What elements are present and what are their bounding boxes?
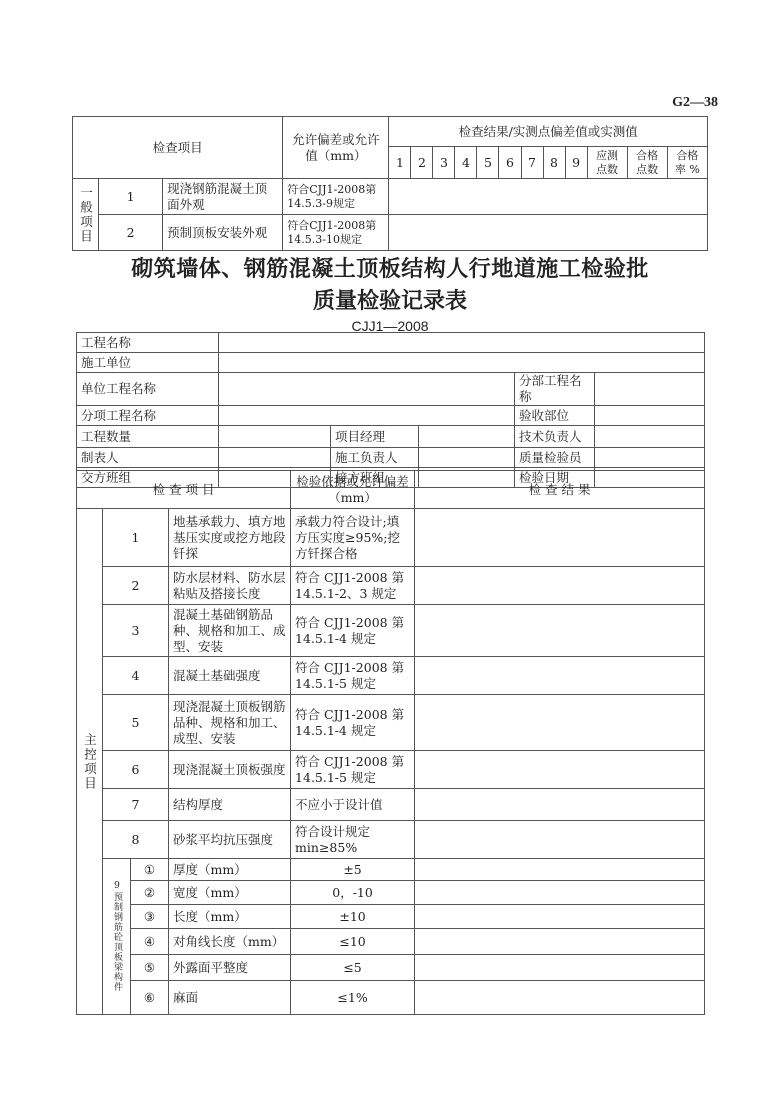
main-header-result: 检 查 结 果 <box>415 471 705 509</box>
main-row-item: 砂浆平均抗压强度 <box>169 821 291 859</box>
main-row-result[interactable] <box>415 751 705 789</box>
main-row-no: 3 <box>103 605 169 657</box>
field-quantity[interactable] <box>219 426 331 448</box>
main-row-basis: 符合 CJJ1-2008 第14.5.1-5 规定 <box>291 657 415 695</box>
main-row-basis: 符合 CJJ1-2008 第14.5.1-4 规定 <box>291 605 415 657</box>
field-subitem-project[interactable] <box>219 406 515 426</box>
label-form-maker: 制表人 <box>77 448 219 468</box>
main-row-no: 5 <box>103 695 169 751</box>
main-items-table: 检 查 项 目 检验依据或允许偏差（mm） 检 查 结 果 主控项目 1 地基承… <box>76 470 705 1015</box>
main-header-basis: 检验依据或允许偏差（mm） <box>291 471 415 509</box>
field-construction-lead[interactable] <box>419 448 515 468</box>
row-no: 2 <box>99 215 163 251</box>
label-unit-project: 单位工程名称 <box>77 373 219 406</box>
sub-row-basis: ±5 <box>291 859 415 881</box>
should-measure: 应测点数 <box>587 147 627 179</box>
main-row-item: 混凝土基础强度 <box>169 657 291 695</box>
main-group-label: 主控项目 <box>77 509 103 1015</box>
field-acceptance-part[interactable] <box>595 406 705 426</box>
sub-row-no: ⑤ <box>131 955 169 981</box>
label-project-name: 工程名称 <box>77 333 219 353</box>
main-row-result[interactable] <box>415 657 705 695</box>
header-result: 检查结果/实测点偏差值或实测值 <box>389 117 708 147</box>
sub-row-basis: ≤1% <box>291 981 415 1015</box>
general-items-table: 检查项目 允许偏差或允许值（mm） 检查结果/实测点偏差值或实测值 1 2 3 … <box>72 116 708 251</box>
sub-row-basis: ±10 <box>291 905 415 929</box>
main-row-no: 2 <box>103 567 169 605</box>
main-row-basis: 符合 CJJ1-2008 第14.5.1-4 规定 <box>291 695 415 751</box>
main-row-result[interactable] <box>415 567 705 605</box>
sub-row-item: 宽度（mm） <box>169 881 291 905</box>
field-quality-inspector[interactable] <box>595 448 705 468</box>
field-project-manager[interactable] <box>419 426 515 448</box>
sub-row-no: ① <box>131 859 169 881</box>
sub-row-no: ② <box>131 881 169 905</box>
page-code: G2—38 <box>672 95 718 111</box>
doc-title-line2: 质量检验记录表 <box>0 284 780 315</box>
sub-row-result[interactable] <box>415 905 705 929</box>
row-result[interactable] <box>389 215 708 251</box>
sub-row-item: 长度（mm） <box>169 905 291 929</box>
sub-row-no: ③ <box>131 905 169 929</box>
row-item: 预制顶板安装外观 <box>163 215 283 251</box>
general-group-label: 一般项目 <box>73 179 99 251</box>
header-item: 检查项目 <box>73 117 283 179</box>
main-row-basis: 符合 CJJ1-2008 第14.5.1-2、3 规定 <box>291 567 415 605</box>
main-row-item: 地基承载力、填方地基压实度或挖方地段钎探 <box>169 509 291 567</box>
label-division-project: 分部工程名称 <box>515 373 595 406</box>
row-standard: 符合CJJ1-2008第14.5.3-10规定 <box>283 215 389 251</box>
point-7: 7 <box>521 147 543 179</box>
sub-row-result[interactable] <box>415 955 705 981</box>
field-project-name[interactable] <box>219 333 705 353</box>
point-9: 9 <box>565 147 587 179</box>
label-acceptance-part: 验收部位 <box>515 406 595 426</box>
point-6: 6 <box>499 147 521 179</box>
sub-group-label: 9预制钢筋砼顶板梁构件 <box>103 859 131 1015</box>
main-row-result[interactable] <box>415 789 705 821</box>
main-row-basis: 符合 CJJ1-2008 第14.5.1-5 规定 <box>291 751 415 789</box>
pass-points: 合格点数 <box>627 147 667 179</box>
label-project-manager: 项目经理 <box>331 426 419 448</box>
field-unit-project[interactable] <box>219 373 515 406</box>
sub-row-no: ④ <box>131 929 169 955</box>
sub-row-item: 对角线长度（mm） <box>169 929 291 955</box>
field-tech-lead[interactable] <box>595 426 705 448</box>
main-row-no: 4 <box>103 657 169 695</box>
point-3: 3 <box>433 147 455 179</box>
point-4: 4 <box>455 147 477 179</box>
label-tech-lead: 技术负责人 <box>515 426 595 448</box>
info-table: 工程名称 施工单位 单位工程名称 分部工程名称 分项工程名称 验收部位 工程数量… <box>76 332 705 488</box>
sub-row-item: 外露面平整度 <box>169 955 291 981</box>
sub-row-result[interactable] <box>415 929 705 955</box>
point-5: 5 <box>477 147 499 179</box>
main-row-result[interactable] <box>415 509 705 567</box>
pass-rate: 合格率 % <box>667 147 707 179</box>
main-row-no: 6 <box>103 751 169 789</box>
field-construction-unit[interactable] <box>219 353 705 373</box>
row-item: 现浇钢筋混凝土顶面外观 <box>163 179 283 215</box>
label-quality-inspector: 质量检验员 <box>515 448 595 468</box>
sub-row-result[interactable] <box>415 881 705 905</box>
row-standard: 符合CJJ1-2008第14.5.3-9规定 <box>283 179 389 215</box>
point-8: 8 <box>543 147 565 179</box>
label-subitem-project: 分项工程名称 <box>77 406 219 426</box>
sub-row-basis: 0，-10 <box>291 881 415 905</box>
main-row-basis: 承载力符合设计;填方压实度≥95%;挖方钎探合格 <box>291 509 415 567</box>
point-1: 1 <box>389 147 411 179</box>
main-row-item: 结构厚度 <box>169 789 291 821</box>
main-row-item: 现浇混凝土顶板钢筋品种、规格和加工、成型、安装 <box>169 695 291 751</box>
main-row-item: 现浇混凝土顶板强度 <box>169 751 291 789</box>
main-row-no: 7 <box>103 789 169 821</box>
label-quantity: 工程数量 <box>77 426 219 448</box>
sub-row-item: 厚度（mm） <box>169 859 291 881</box>
main-row-item: 混凝土基础钢筋品种、规格和加工、成型、安装 <box>169 605 291 657</box>
sub-row-item: 麻面 <box>169 981 291 1015</box>
header-allowance: 允许偏差或允许值（mm） <box>283 117 389 179</box>
label-construction-lead: 施工负责人 <box>331 448 419 468</box>
sub-row-basis: ≤10 <box>291 929 415 955</box>
sub-row-no: ⑥ <box>131 981 169 1015</box>
main-header-item: 检 查 项 目 <box>77 471 291 509</box>
sub-row-result[interactable] <box>415 981 705 1015</box>
main-row-no: 8 <box>103 821 169 859</box>
sub-row-basis: ≤5 <box>291 955 415 981</box>
main-row-no: 1 <box>103 509 169 567</box>
label-construction-unit: 施工单位 <box>77 353 219 373</box>
row-no: 1 <box>99 179 163 215</box>
doc-title-line1: 砌筑墙体、钢筋混凝土顶板结构人行地道施工检验批 <box>0 252 780 283</box>
main-row-result[interactable] <box>415 605 705 657</box>
sub-row-result[interactable] <box>415 859 705 881</box>
main-row-result[interactable] <box>415 821 705 859</box>
point-2: 2 <box>411 147 433 179</box>
main-row-item: 防水层材料、防水层粘贴及搭接长度 <box>169 567 291 605</box>
field-form-maker[interactable] <box>219 448 331 468</box>
field-division-project[interactable] <box>595 373 705 406</box>
main-row-basis: 符合设计规定min≥85% <box>291 821 415 859</box>
main-row-result[interactable] <box>415 695 705 751</box>
row-result[interactable] <box>389 179 708 215</box>
main-row-basis: 不应小于设计值 <box>291 789 415 821</box>
